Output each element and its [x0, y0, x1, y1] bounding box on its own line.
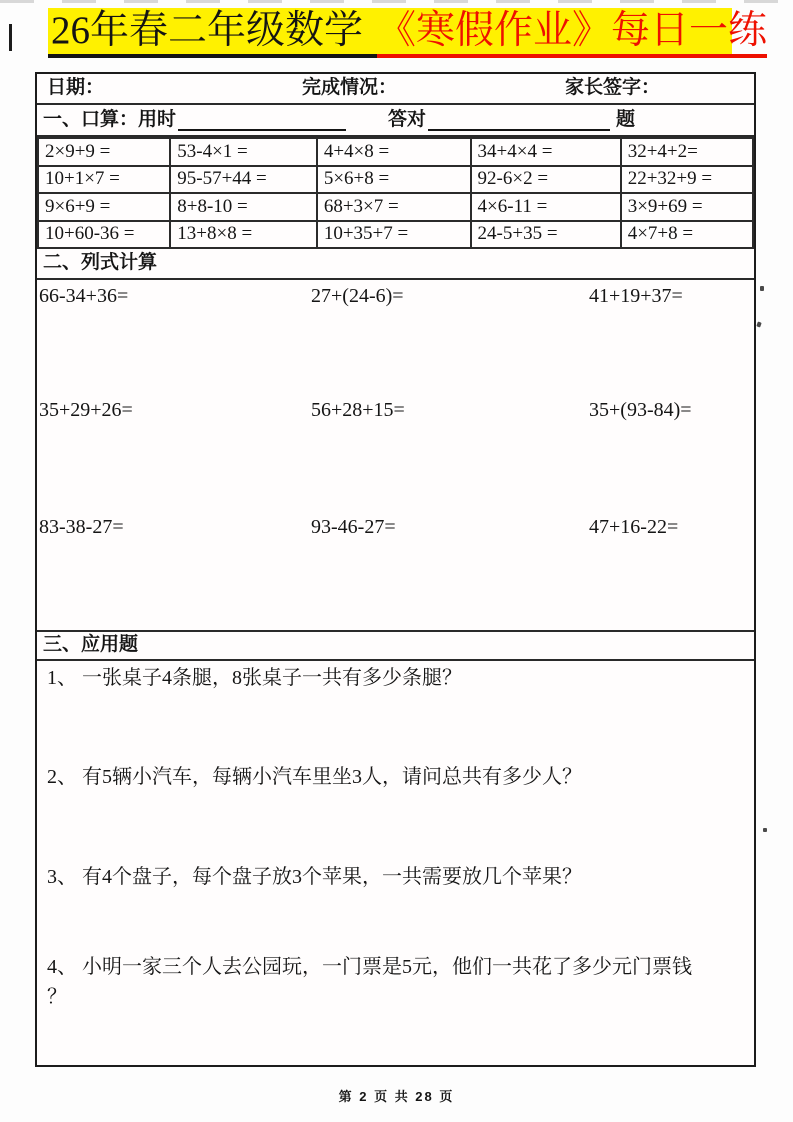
word-problem-4: 4、 小明一家三个人去公园玩，一门票是5元，他们一共花了多少元门票钱 ？: [47, 952, 746, 1012]
word-problem-2: 2、 有5辆小汽车，每辆小汽车里坐3人，请问总共有多少人？: [47, 762, 746, 792]
oral-problem-cell: 10+35+7 =: [317, 221, 471, 249]
oral-problem-cell: 5×6+8 =: [317, 166, 471, 194]
section1-heading: 一、口算：用时 答对 题: [37, 105, 754, 137]
oral-problem-cell: 4×6-11 =: [471, 193, 621, 221]
calc-row: 35+29+26= 56+28+15= 35+(93-84)=: [39, 399, 752, 422]
oral-problem-cell: 32+4+2=: [621, 138, 753, 166]
oral-grid-row: 10+1×7 = 95-57+44 = 5×6+8 = 92-6×2 = 22+…: [38, 166, 753, 194]
parent-signature-label: 家长签字：: [565, 74, 660, 102]
completion-label: 完成情况：: [302, 74, 397, 102]
scan-artifact-speck: [756, 321, 761, 327]
calc-row: 66-34+36= 27+(24-6)= 41+19+37=: [39, 285, 752, 308]
answered-label: 答对: [388, 109, 426, 131]
section3-heading: 三、应用题: [37, 632, 754, 661]
oral-problem-cell: 24-5+35 =: [471, 221, 621, 249]
oral-problem-cell: 53-4×1 =: [170, 138, 317, 166]
title-workbook-label: 《寒假作业》每日一练: [377, 8, 767, 58]
oral-problem-cell: 3×9+69 =: [621, 193, 753, 221]
page-number-footer: 第 2 页 共 28 页: [0, 1086, 793, 1105]
title-grade-label: 26年春二年级数学: [48, 8, 377, 58]
calc-expression: 83-38-27=: [39, 516, 311, 539]
oral-problem-cell: 34+4×4 =: [471, 138, 621, 166]
oral-problem-cell: 13+8×8 =: [170, 221, 317, 249]
scan-artifact-speck: [763, 828, 767, 832]
scan-artifact-left-tick: [9, 24, 12, 51]
correct-count-blank: [428, 113, 610, 131]
calc-expression: 93-46-27=: [311, 516, 589, 539]
worksheet-page: 26年春二年级数学 《寒假作业》每日一练 日期： 完成情况： 家长签字： 一、口…: [0, 0, 793, 1122]
oral-calculation-grid: 2×9+9 = 53-4×1 = 4+4×8 = 34+4×4 = 32+4+2…: [37, 137, 754, 249]
calc-expression: 35+(93-84)=: [589, 399, 752, 422]
calc-row: 83-38-27= 93-46-27= 47+16-22=: [39, 516, 752, 539]
calc-expression: 41+19+37=: [589, 285, 752, 308]
word-problem-3: 3、 有4个盘子，每个盘子放3个苹果，一共需要放几个苹果？: [47, 862, 746, 892]
questions-unit-label: 题: [616, 109, 635, 131]
oral-problem-cell: 4+4×8 =: [317, 138, 471, 166]
calc-expression: 66-34+36=: [39, 285, 311, 308]
oral-problem-cell: 22+32+9 =: [621, 166, 753, 194]
written-calculation-area: 66-34+36= 27+(24-6)= 41+19+37= 35+29+26=…: [37, 280, 754, 632]
section2-heading: 二、列式计算: [37, 249, 754, 280]
oral-grid-row: 2×9+9 = 53-4×1 = 4+4×8 = 34+4×4 = 32+4+2…: [38, 138, 753, 166]
calc-expression: 27+(24-6)=: [311, 285, 589, 308]
scan-artifact-speck: [760, 286, 764, 291]
oral-problem-cell: 4×7+8 =: [621, 221, 753, 249]
oral-problem-cell: 9×6+9 =: [38, 193, 170, 221]
info-row: 日期： 完成情况： 家长签字：: [37, 74, 754, 105]
oral-grid-row: 10+60-36 = 13+8×8 = 10+35+7 = 24-5+35 = …: [38, 221, 753, 249]
page-title: 26年春二年级数学 《寒假作业》每日一练: [48, 8, 732, 58]
oral-problem-cell: 10+1×7 =: [38, 166, 170, 194]
date-label: 日期：: [47, 74, 104, 102]
section1-heading-prefix: 一、口算：用时: [43, 109, 176, 131]
scan-artifact-top-edge: [0, 0, 793, 3]
calc-expression: 47+16-22=: [589, 516, 752, 539]
calc-expression: 56+28+15=: [311, 399, 589, 422]
oral-problem-cell: 8+8-10 =: [170, 193, 317, 221]
oral-problem-cell: 68+3×7 =: [317, 193, 471, 221]
oral-problem-cell: 95-57+44 =: [170, 166, 317, 194]
time-used-blank: [178, 113, 346, 131]
oral-problem-cell: 10+60-36 =: [38, 221, 170, 249]
oral-problem-cell: 92-6×2 =: [471, 166, 621, 194]
oral-problem-cell: 2×9+9 =: [38, 138, 170, 166]
word-problems-area: 1、 一张桌子4条腿，8张桌子一共有多少条腿？ 2、 有5辆小汽车，每辆小汽车里…: [37, 661, 754, 1065]
calc-expression: 35+29+26=: [39, 399, 311, 422]
word-problem-1: 1、 一张桌子4条腿，8张桌子一共有多少条腿？: [47, 663, 746, 693]
oral-grid-row: 9×6+9 = 8+8-10 = 68+3×7 = 4×6-11 = 3×9+6…: [38, 193, 753, 221]
worksheet-table: 日期： 完成情况： 家长签字： 一、口算：用时 答对 题 2×9+9 = 53-…: [35, 72, 756, 1067]
